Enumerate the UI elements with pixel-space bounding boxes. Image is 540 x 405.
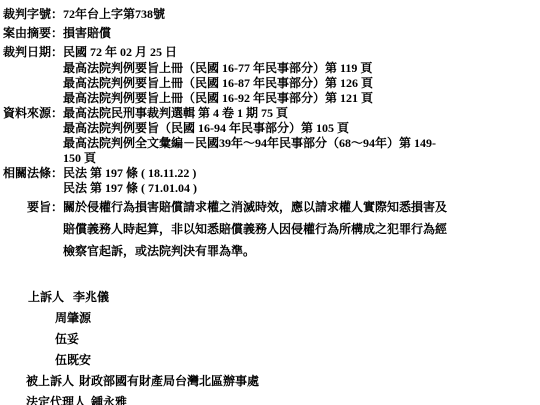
data-source-value-3: 最高法院判例全文彙編－民國39年～94年民事部分（68～94年）第 149- [63,136,436,151]
related-statutes-label: 相關法條： [0,166,63,181]
related-statute-value-1: 民法 第 197 條 ( 18.11.22 ) [63,166,196,181]
data-source-value-2: 最高法院判例要旨（民國 16-94 年民事部分）第 105 頁 [63,121,349,136]
related-statute-value-2: 民法 第 197 條 ( 71.01.04 ) [63,181,197,196]
appellant-name-2: 周肇源 [55,311,91,325]
legal-representative-label: 法定代理人 [26,395,86,405]
holding-text-line-2: 賠償義務人時起算，非以知悉賠償義務人因侵權行為所構成之犯罪行為經 [63,218,447,240]
digest-volume-3-value: 最高法院判例要旨上冊（民國 16-92 年民事部分）第 121 頁 [63,91,373,106]
judgment-date-label: 裁判日期： [0,43,63,61]
appellant-label: 上訴人 [28,290,64,304]
judgment-document: 裁判字號： 72年台上字第738號 案由摘要： 損害賠償 裁判日期： 民國 72… [0,0,540,405]
field-row-holding-line-1: 要旨： 關於侵權行為損害賠償請求權之消滅時效，應以請求權人實際知悉損害及 [0,196,540,218]
appellant-name-3: 伍妥 [55,332,79,346]
appellant-name-row-2: 周肇源 [0,308,540,329]
case-number-label: 裁判字號： [0,5,63,24]
appellant-name-4: 伍既安 [55,353,91,367]
appellant-row: 上訴人 李兆儀 [0,287,540,308]
field-row-holding-line-3: 檢察官起訴，或法院判決有罪為準。 [0,240,540,262]
appellee-label: 被上訴人 [26,374,74,388]
appellee-name: 財政部國有財產局台灣北區辦事處 [79,374,259,388]
digest-volume-1-value: 最高法院判例要旨上冊（民國 16-77 年民事部分）第 119 頁 [63,61,372,76]
appellant-name-1: 李兆儀 [73,290,109,304]
case-number-value: 72年台上字第738號 [63,5,165,24]
appellee-row: 被上訴人 財政部國有財產局台灣北區辦事處 [0,371,540,392]
field-row-data-source-3: 最高法院判例全文彙編－民國39年～94年民事部分（68～94年）第 149- [0,136,540,151]
appellant-name-row-3: 伍妥 [0,329,540,350]
field-row-digest-volume-3: 最高法院判例要旨上冊（民國 16-92 年民事部分）第 121 頁 [0,91,540,106]
field-row-digest-volume-1: 最高法院判例要旨上冊（民國 16-77 年民事部分）第 119 頁 [0,61,540,76]
legal-representative-name: 鍾永雅 [91,395,127,405]
case-summary-value: 損害賠償 [63,24,111,43]
judgment-date-value: 民國 72 年 02 月 25 日 [63,43,177,61]
field-row-related-statute-2: 民法 第 197 條 ( 71.01.04 ) [0,181,540,196]
data-source-value-1: 最高法院民刑事裁判選輯 第 4 卷 1 期 75 頁 [63,106,288,121]
field-row-case-number: 裁判字號： 72年台上字第738號 [0,5,540,24]
field-row-related-statute-1: 相關法條： 民法 第 197 條 ( 18.11.22 ) [0,166,540,181]
holding-text-line-3: 檢察官起訴，或法院判決有罪為準。 [63,240,255,262]
field-row-data-source: 資料來源： 最高法院民刑事裁判選輯 第 4 卷 1 期 75 頁 [0,106,540,121]
appellant-name-row-4: 伍既安 [0,350,540,371]
field-row-judgment-date: 裁判日期： 民國 72 年 02 月 25 日 [0,43,540,61]
case-summary-label: 案由摘要： [0,24,63,43]
field-row-digest-volume-2: 最高法院判例要旨上冊（民國 16-87 年民事部分）第 126 頁 [0,76,540,91]
field-row-data-source-2: 最高法院判例要旨（民國 16-94 年民事部分）第 105 頁 [0,121,540,136]
parties-section: 上訴人 李兆儀 周肇源 伍妥 伍既安 被上訴人 財政部國有財產局台灣北區辦事處 … [0,287,540,405]
holding-label: 要旨： [0,196,63,218]
field-row-holding-line-2: 賠償義務人時起算，非以知悉賠償義務人因侵權行為所構成之犯罪行為經 [0,218,540,240]
data-source-label: 資料來源： [0,106,63,121]
data-source-value-4: 150 頁 [63,151,96,166]
field-row-case-summary: 案由摘要： 損害賠償 [0,24,540,43]
holding-text-line-1: 關於侵權行為損害賠償請求權之消滅時效，應以請求權人實際知悉損害及 [63,196,447,218]
field-row-data-source-4: 150 頁 [0,151,540,166]
digest-volume-2-value: 最高法院判例要旨上冊（民國 16-87 年民事部分）第 126 頁 [63,76,373,91]
legal-representative-row: 法定代理人 鍾永雅 [0,392,540,405]
judgment-metadata: 裁判字號： 72年台上字第738號 案由摘要： 損害賠償 裁判日期： 民國 72… [0,0,540,262]
